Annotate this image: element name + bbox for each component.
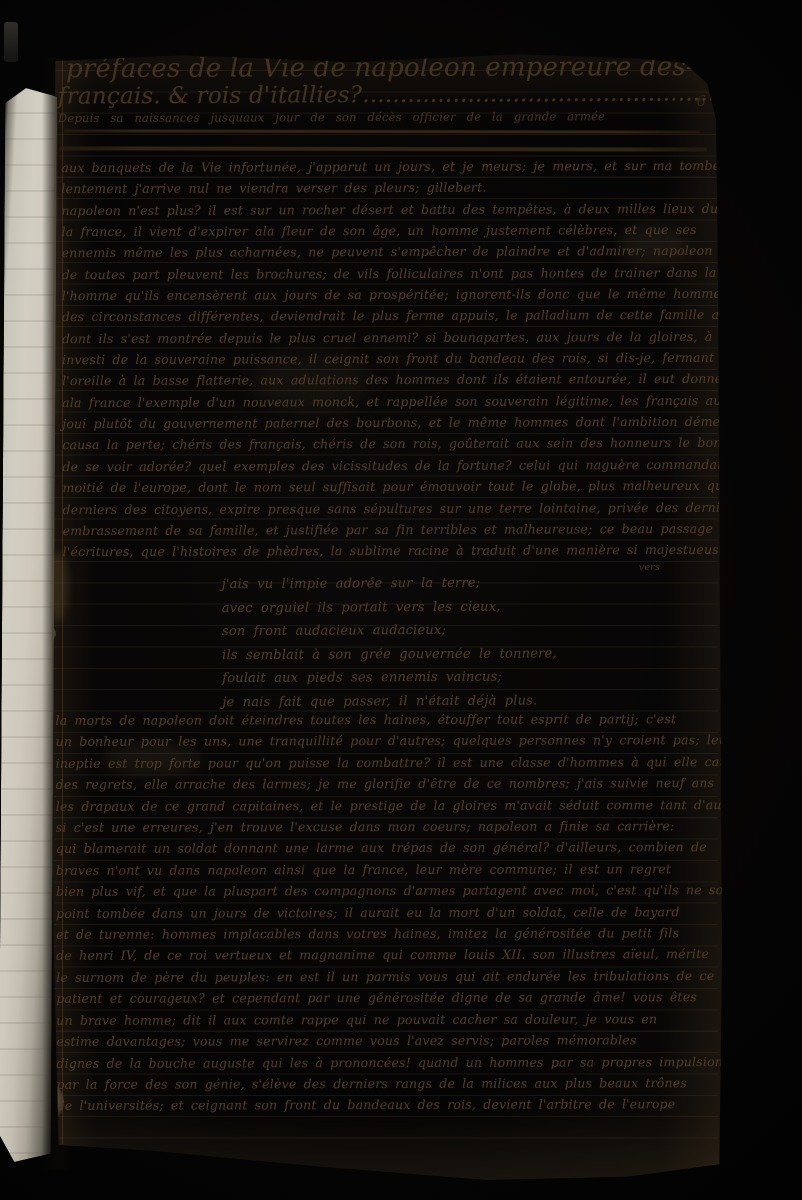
manuscript-line: des regrets, elle arrache des larmes; je… [56, 772, 714, 795]
manuscript-line: bien plus vif, et que la pluspart des co… [56, 879, 714, 902]
poem-block: j'ais vu l'impie adorée sur la terre;ave… [222, 571, 643, 714]
poem-line: ils semblait à son grée gouvernée le ton… [222, 641, 642, 667]
manuscript-line: causa la perte; chéris des français, ché… [62, 432, 712, 456]
manuscript-line: l'écritures, que l'histoires de phèdres,… [63, 539, 713, 563]
manuscript-page: préfaces de la Vie de napoleon empereure… [50, 52, 722, 1180]
manuscript-line: embrassement de sa famille, et justifiée… [63, 518, 713, 542]
manuscript-line: de toutes part pleuvent les brochures; d… [62, 262, 712, 286]
manuscript-line: des circonstances différentes, deviendra… [62, 304, 712, 328]
manuscript-line: de l'universités; et ceignant son front … [56, 1093, 714, 1116]
manuscript-line: lentement j'arrive nul ne viendra verser… [61, 176, 711, 200]
catchword: vers [639, 562, 660, 573]
manuscript-line: investi de la souveraine puissance, il c… [62, 347, 712, 371]
manuscript-line: la morts de napoleon doit éteindres tout… [55, 708, 713, 731]
manuscript-line: un bonheur pour les uns, une tranquillit… [56, 730, 714, 753]
page-number: 6 [696, 92, 706, 110]
body-paragraph-2: la morts de napoleon doit éteindres tout… [55, 708, 714, 1116]
manuscript-line: patient et courageux? et cependant par u… [56, 986, 714, 1009]
manuscript-line: ennemis même les plus acharnées, ne peuv… [62, 240, 712, 264]
page-subtitle: Depuis sa naissances jusquaux jour de so… [58, 109, 698, 125]
poem-line: son front audacieux audacieux; [222, 618, 642, 644]
manuscript-line: braves n'ont vu dans napoleon ainsi que … [56, 858, 714, 881]
manuscript-line: dont ils s'est montrée depuis le plus cr… [62, 326, 712, 350]
manuscript-line: le surnom de père du peuples: en est il … [56, 965, 714, 988]
manuscript-line: et de turenne: hommes implacables dans v… [56, 922, 714, 945]
manuscript-line: un brave homme; dit il aux comte rappe q… [56, 1008, 714, 1031]
header-rule-bottom [59, 146, 707, 151]
manuscript-line: la france, il vient d'expirer ala fleur … [62, 219, 712, 243]
manuscript-line: qui blamerait un soldat donnant une larm… [56, 837, 714, 860]
manuscript-line: dignes de la bouche auguste qui les à pr… [56, 1051, 714, 1074]
manuscript-line: moitié de l'europe, dont le nom seul suf… [62, 475, 712, 499]
manuscript-line: estime davantages; vous me servirez comm… [56, 1029, 714, 1052]
header-rule-top [64, 129, 700, 133]
poem-line: foulait aux pieds ses ennemis vaincus; [222, 665, 642, 691]
manuscript-line: de se voir adorée? quel exemples des vic… [62, 454, 712, 478]
poem-line: j'ais vu l'impie adorée sur la terre; [222, 571, 642, 597]
manuscript-line: si c'est une erreures, j'en trouve l'exc… [56, 815, 714, 838]
manuscript-line: par la force des son génie, s'élève des … [56, 1072, 714, 1095]
manuscript-line: point tombée dans un jours de victoires;… [56, 901, 714, 924]
manuscript-line: l'homme qu'ils encensèrent aux jours de … [62, 283, 712, 307]
manuscript-line: derniers des citoyens, expire presque sa… [62, 496, 712, 520]
book-spine-sliver [4, 22, 18, 62]
manuscript-line: napoleon n'est plus? il est sur un roche… [61, 198, 711, 222]
manuscript-line: ala france l'exemple d'un nouveaux monck… [62, 390, 712, 414]
poem-line: avec orguiel ils portait vers les cieux, [222, 594, 642, 620]
manuscript-line: de henri IV, de ce roi vertueux et magna… [56, 944, 714, 967]
manuscript-line: aux banquets de la Vie infortunée, j'app… [61, 155, 711, 179]
photo-backdrop: préfaces de la Vie de napoleon empereure… [0, 0, 802, 1200]
manuscript-line: ineptie est trop forte pour qu'on puisse… [56, 751, 714, 774]
body-paragraph-1: aux banquets de la Vie infortunée, j'app… [61, 155, 712, 563]
manuscript-line: les drapaux de ce grand capitaines, et l… [56, 794, 714, 817]
manuscript-line: l'oreille à la basse flatterie, aux adul… [62, 368, 712, 392]
page-title-line2: français. & rois d'itallies?............… [58, 80, 718, 109]
manuscript-line: joui plutôt du gouvernement paternel des… [62, 411, 712, 435]
page-title-line1: préfaces de la Vie de napoleon empereure… [66, 52, 714, 84]
